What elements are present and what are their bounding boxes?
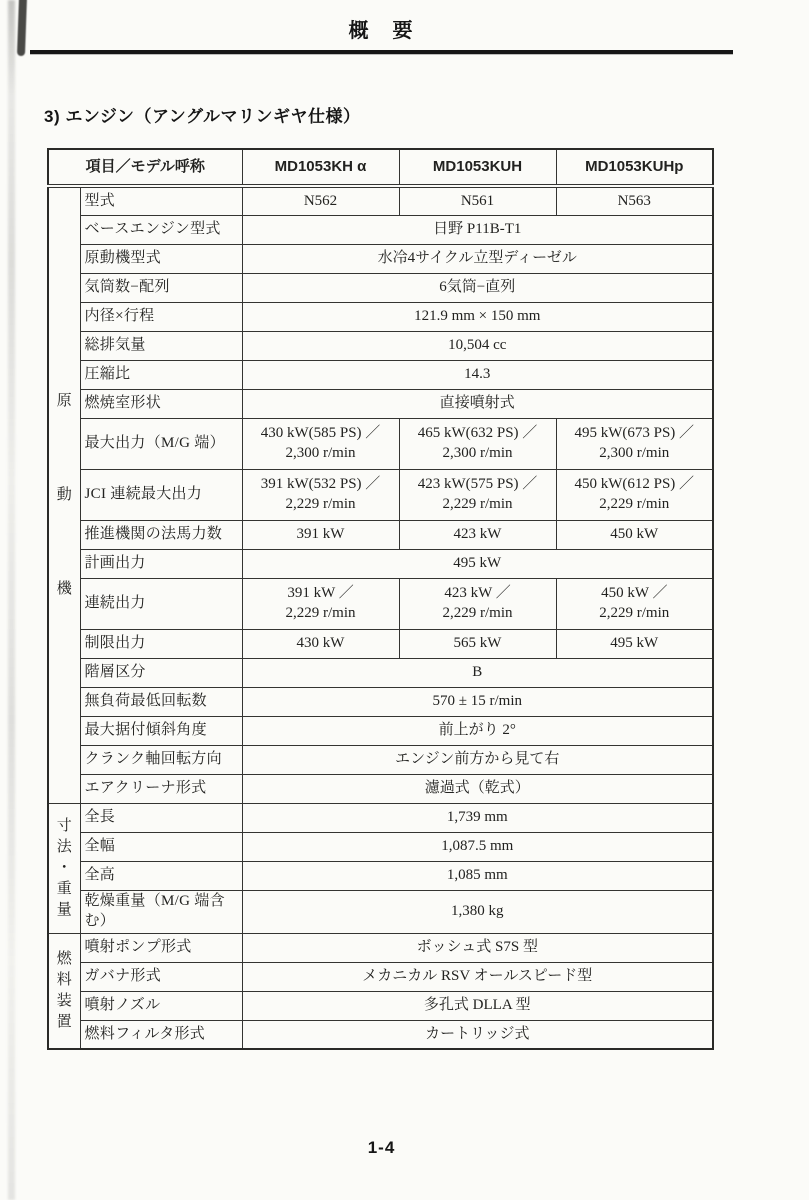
table-row: 原動機型式 水冷4サイクル立型ディーゼル <box>48 244 713 273</box>
row-value: 391 kW(532 PS) ／ 2,229 r/min <box>242 469 399 520</box>
row-value: 6気筒−直列 <box>242 273 713 302</box>
row-value: 10,504 cc <box>242 331 713 360</box>
row-value: 391 kW <box>242 520 399 549</box>
row-value: 430 kW <box>242 629 399 658</box>
row-value: 1,739 mm <box>242 803 713 832</box>
row-value: 濾過式（乾式） <box>242 774 713 803</box>
page-title: 概 要 <box>30 14 733 43</box>
row-value: 391 kW ／ 2,229 r/min <box>242 578 399 629</box>
row-label: エアクリーナ形式 <box>80 774 242 803</box>
row-value: 450 kW(612 PS) ／ 2,229 r/min <box>556 469 713 520</box>
table-row: 最大出力（M/G 端） 430 kW(585 PS) ／ 2,300 r/min… <box>48 418 713 469</box>
row-label: 推進機関の法馬力数 <box>80 520 242 549</box>
row-label: 全長 <box>80 803 242 832</box>
table-row: 最大据付傾斜角度 前上がり 2° <box>48 716 713 745</box>
table-row: 計画出力 495 kW <box>48 549 713 578</box>
row-label: 気筒数−配列 <box>80 273 242 302</box>
row-label: 全高 <box>80 861 242 890</box>
row-label: 制限出力 <box>80 629 242 658</box>
row-label: 乾燥重量（M/G 端含む） <box>80 890 242 933</box>
row-label: 最大据付傾斜角度 <box>80 716 242 745</box>
row-label: クランク軸回転方向 <box>80 745 242 774</box>
row-value: 1,085 mm <box>242 861 713 890</box>
table-row: ベースエンジン型式 日野 P11B-T1 <box>48 215 713 244</box>
row-value: B <box>242 658 713 687</box>
header-item-cell: 項目／モデル呼称 <box>48 149 242 186</box>
row-value: 450 kW ／ 2,229 r/min <box>556 578 713 629</box>
table-row: 制限出力 430 kW 565 kW 495 kW <box>48 629 713 658</box>
engine-spec-table: 項目／モデル呼称 MD1053KH α MD1053KUH MD1053KUHp… <box>47 148 714 1050</box>
header-model-2: MD1053KUH <box>399 149 556 186</box>
row-label: 総排気量 <box>80 331 242 360</box>
row-value: 495 kW(673 PS) ／ 2,300 r/min <box>556 418 713 469</box>
row-label: ベースエンジン型式 <box>80 215 242 244</box>
table-row: 噴射ノズル 多孔式 DLLA 型 <box>48 991 713 1020</box>
row-value: 121.9 mm × 150 mm <box>242 302 713 331</box>
table-row: 原 動 機 型式 N562 N561 N563 <box>48 186 713 215</box>
row-label: 全幅 <box>80 832 242 861</box>
page-header: 概 要 <box>30 14 733 54</box>
row-value: 423 kW <box>399 520 556 549</box>
table-row: 全高 1,085 mm <box>48 861 713 890</box>
table-row: クランク軸回転方向 エンジン前方から見て右 <box>48 745 713 774</box>
row-label: 燃焼室形状 <box>80 389 242 418</box>
row-value: 495 kW <box>242 549 713 578</box>
row-value: 直接噴射式 <box>242 389 713 418</box>
row-value: カートリッジ式 <box>242 1020 713 1049</box>
table-row: 無負荷最低回転数 570 ± 15 r/min <box>48 687 713 716</box>
row-label: 噴射ノズル <box>80 991 242 1020</box>
table-row: 内径×行程 121.9 mm × 150 mm <box>48 302 713 331</box>
row-label: 圧縮比 <box>80 360 242 389</box>
row-label: 階層区分 <box>80 658 242 687</box>
row-value: 多孔式 DLLA 型 <box>242 991 713 1020</box>
row-label: 無負荷最低回転数 <box>80 687 242 716</box>
table-row: 連続出力 391 kW ／ 2,229 r/min 423 kW ／ 2,229… <box>48 578 713 629</box>
row-value: N561 <box>399 186 556 215</box>
row-label: 連続出力 <box>80 578 242 629</box>
row-value: メカニカル RSV オールスピード型 <box>242 962 713 991</box>
row-value: 495 kW <box>556 629 713 658</box>
table-row: 燃料フィルタ形式 カートリッジ式 <box>48 1020 713 1049</box>
row-label: 原動機型式 <box>80 244 242 273</box>
row-label: ガバナ形式 <box>80 962 242 991</box>
row-value: ボッシュ式 S7S 型 <box>242 933 713 962</box>
group-label-engine: 原 動 機 <box>48 186 80 803</box>
document-page: 概 要 3) エンジン（アングルマリンギヤ仕様） 項目／モデル呼称 MD1053… <box>0 0 809 1050</box>
row-value: 日野 P11B-T1 <box>242 215 713 244</box>
row-value: 1,087.5 mm <box>242 832 713 861</box>
row-value: 1,380 kg <box>242 890 713 933</box>
table-row: 乾燥重量（M/G 端含む） 1,380 kg <box>48 890 713 933</box>
row-value: 14.3 <box>242 360 713 389</box>
row-value: 450 kW <box>556 520 713 549</box>
row-value: エンジン前方から見て右 <box>242 745 713 774</box>
group-label-fuel-system: 燃 料 装 置 <box>48 933 80 1049</box>
row-label: 内径×行程 <box>80 302 242 331</box>
header-model-1: MD1053KH α <box>242 149 399 186</box>
header-model-3: MD1053KUHp <box>556 149 713 186</box>
row-label: 型式 <box>80 186 242 215</box>
row-value: 水冷4サイクル立型ディーゼル <box>242 244 713 273</box>
table-row: 階層区分 B <box>48 658 713 687</box>
table-row: 圧縮比 14.3 <box>48 360 713 389</box>
group-label-dimensions: 寸 法 ・ 重 量 <box>48 803 80 933</box>
row-value: 565 kW <box>399 629 556 658</box>
table-row: 全幅 1,087.5 mm <box>48 832 713 861</box>
row-value: N563 <box>556 186 713 215</box>
table-row: 燃 料 装 置 噴射ポンプ形式 ボッシュ式 S7S 型 <box>48 933 713 962</box>
row-value: 前上がり 2° <box>242 716 713 745</box>
table-row: エアクリーナ形式 濾過式（乾式） <box>48 774 713 803</box>
row-value: N562 <box>242 186 399 215</box>
table-header-row: 項目／モデル呼称 MD1053KH α MD1053KUH MD1053KUHp <box>48 149 713 186</box>
row-label: 最大出力（M/G 端） <box>80 418 242 469</box>
row-label: 計画出力 <box>80 549 242 578</box>
header-rule <box>30 50 733 54</box>
row-value: 430 kW(585 PS) ／ 2,300 r/min <box>242 418 399 469</box>
table-row: 寸 法 ・ 重 量 全長 1,739 mm <box>48 803 713 832</box>
table-row: 気筒数−配列 6気筒−直列 <box>48 273 713 302</box>
row-value: 423 kW ／ 2,229 r/min <box>399 578 556 629</box>
table-row: ガバナ形式 メカニカル RSV オールスピード型 <box>48 962 713 991</box>
row-value: 570 ± 15 r/min <box>242 687 713 716</box>
row-label: 噴射ポンプ形式 <box>80 933 242 962</box>
row-value: 423 kW(575 PS) ／ 2,229 r/min <box>399 469 556 520</box>
table-row: 総排気量 10,504 cc <box>48 331 713 360</box>
table-row: 燃焼室形状 直接噴射式 <box>48 389 713 418</box>
table-row: 推進機関の法馬力数 391 kW 423 kW 450 kW <box>48 520 713 549</box>
page-number: 1-4 <box>30 1138 733 1158</box>
section-heading: 3) エンジン（アングルマリンギヤ仕様） <box>44 102 809 127</box>
row-value: 465 kW(632 PS) ／ 2,300 r/min <box>399 418 556 469</box>
row-label: 燃料フィルタ形式 <box>80 1020 242 1049</box>
row-label: JCI 連続最大出力 <box>80 469 242 520</box>
table-row: JCI 連続最大出力 391 kW(532 PS) ／ 2,229 r/min … <box>48 469 713 520</box>
